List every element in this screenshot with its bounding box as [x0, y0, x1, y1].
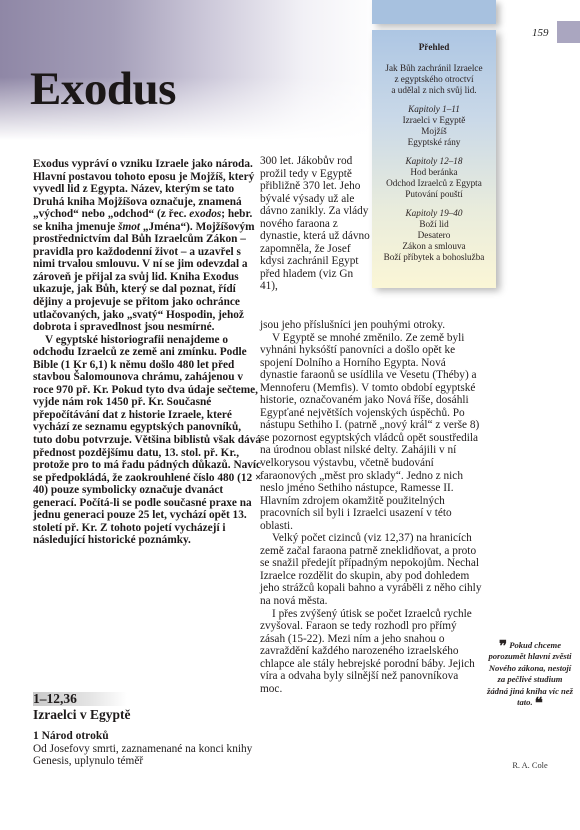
section-title: Izraelci v Egyptě [33, 707, 263, 722]
subsection-title: 1 Národ otroků [33, 730, 263, 743]
section-start: 1–12,36 Izraelci v Egyptě 1 Národ otroků… [33, 692, 263, 768]
overview-item: Zákon a smlouva [372, 241, 496, 252]
overview-chapter-range: Kapitoly 12–18 [372, 156, 496, 167]
overview-item: Mojžíš [372, 126, 496, 137]
right-column-wide: jsou jeho příslušníci jen pouhými otroky… [260, 319, 482, 695]
right-column-narrow: 300 let. Jákobův rod prožil tedy v Egypt… [260, 155, 372, 293]
intro-term-greek: exodos [189, 208, 221, 220]
overview-item: Egyptské rány [372, 137, 496, 148]
right-text-narrow: 300 let. Jákobův rod prožil tedy v Egypt… [260, 155, 372, 293]
overview-summary-line: a udělal z nich svůj lid. [372, 85, 496, 96]
overview-item: Putování pouští [372, 189, 496, 200]
overview-item: Boží lid [372, 219, 496, 230]
section-body-text: Od Josefovy smrti, zaznamenané na konci … [33, 743, 263, 768]
pull-quote: ❞ Pokud chceme porozumět hlavní zvěsti N… [487, 640, 573, 708]
section-reference: 1–12,36 [33, 692, 127, 706]
intro-paragraph-2: V egyptské historiografii nenajdeme o od… [33, 334, 263, 547]
right-paragraph-2: V Egyptě se mnohé změnilo. Ze země byli … [260, 332, 482, 533]
page-title: Exodus [30, 62, 176, 116]
right-text-continue: jsou jeho příslušníci jen pouhými otroky… [260, 319, 482, 332]
right-paragraph-4: I přes zvýšený útisk se počet Izraelců r… [260, 608, 482, 696]
overview-group: Kapitoly 12–18 Hod beránka Odchod Izrael… [372, 156, 496, 200]
overview-box: Přehled Jak Bůh zachránil Izraelce z egy… [372, 30, 496, 288]
quote-author: R. A. Cole [487, 761, 573, 770]
intro-text: „Jména“). Mojžíšovým prostřednictvím dal… [33, 221, 255, 333]
overview-summary-line: Jak Bůh zachránil Izraelce [372, 63, 496, 74]
overview-chapter-range: Kapitoly 19–40 [372, 208, 496, 219]
overview-item: Hod beránka [372, 167, 496, 178]
overview-group: Kapitoly 1–11 Izraelci v Egyptě Mojžíš E… [372, 104, 496, 148]
overview-summary: Jak Bůh zachránil Izraelce z egyptského … [372, 63, 496, 96]
right-paragraph-3: Velký počet cizinců (viz 12,37) na hrani… [260, 532, 482, 607]
intro-paragraph-1: Exodus vypráví o vzniku Izraele jako nár… [33, 158, 263, 334]
intro-term-hebrew: šmot [118, 221, 140, 233]
overview-item: Desatero [372, 230, 496, 241]
intro-column: Exodus vypráví o vzniku Izraele jako nár… [33, 158, 263, 547]
overview-summary-line: z egyptského otroctví [372, 74, 496, 85]
overview-group: Kapitoly 19–40 Boží lid Desatero Zákon a… [372, 208, 496, 263]
page-number: 159 [532, 27, 549, 39]
overview-top-tab [372, 0, 496, 24]
close-quote-icon: ❝ [535, 696, 543, 712]
overview-chapter-range: Kapitoly 1–11 [372, 104, 496, 115]
page-edge-tab [557, 21, 580, 43]
overview-item: Odchod Izraelců z Egypta [372, 178, 496, 189]
overview-title: Přehled [372, 42, 496, 53]
overview-item: Izraelci v Egyptě [372, 115, 496, 126]
overview-item: Boží příbytek a bohoslužba [372, 252, 496, 263]
